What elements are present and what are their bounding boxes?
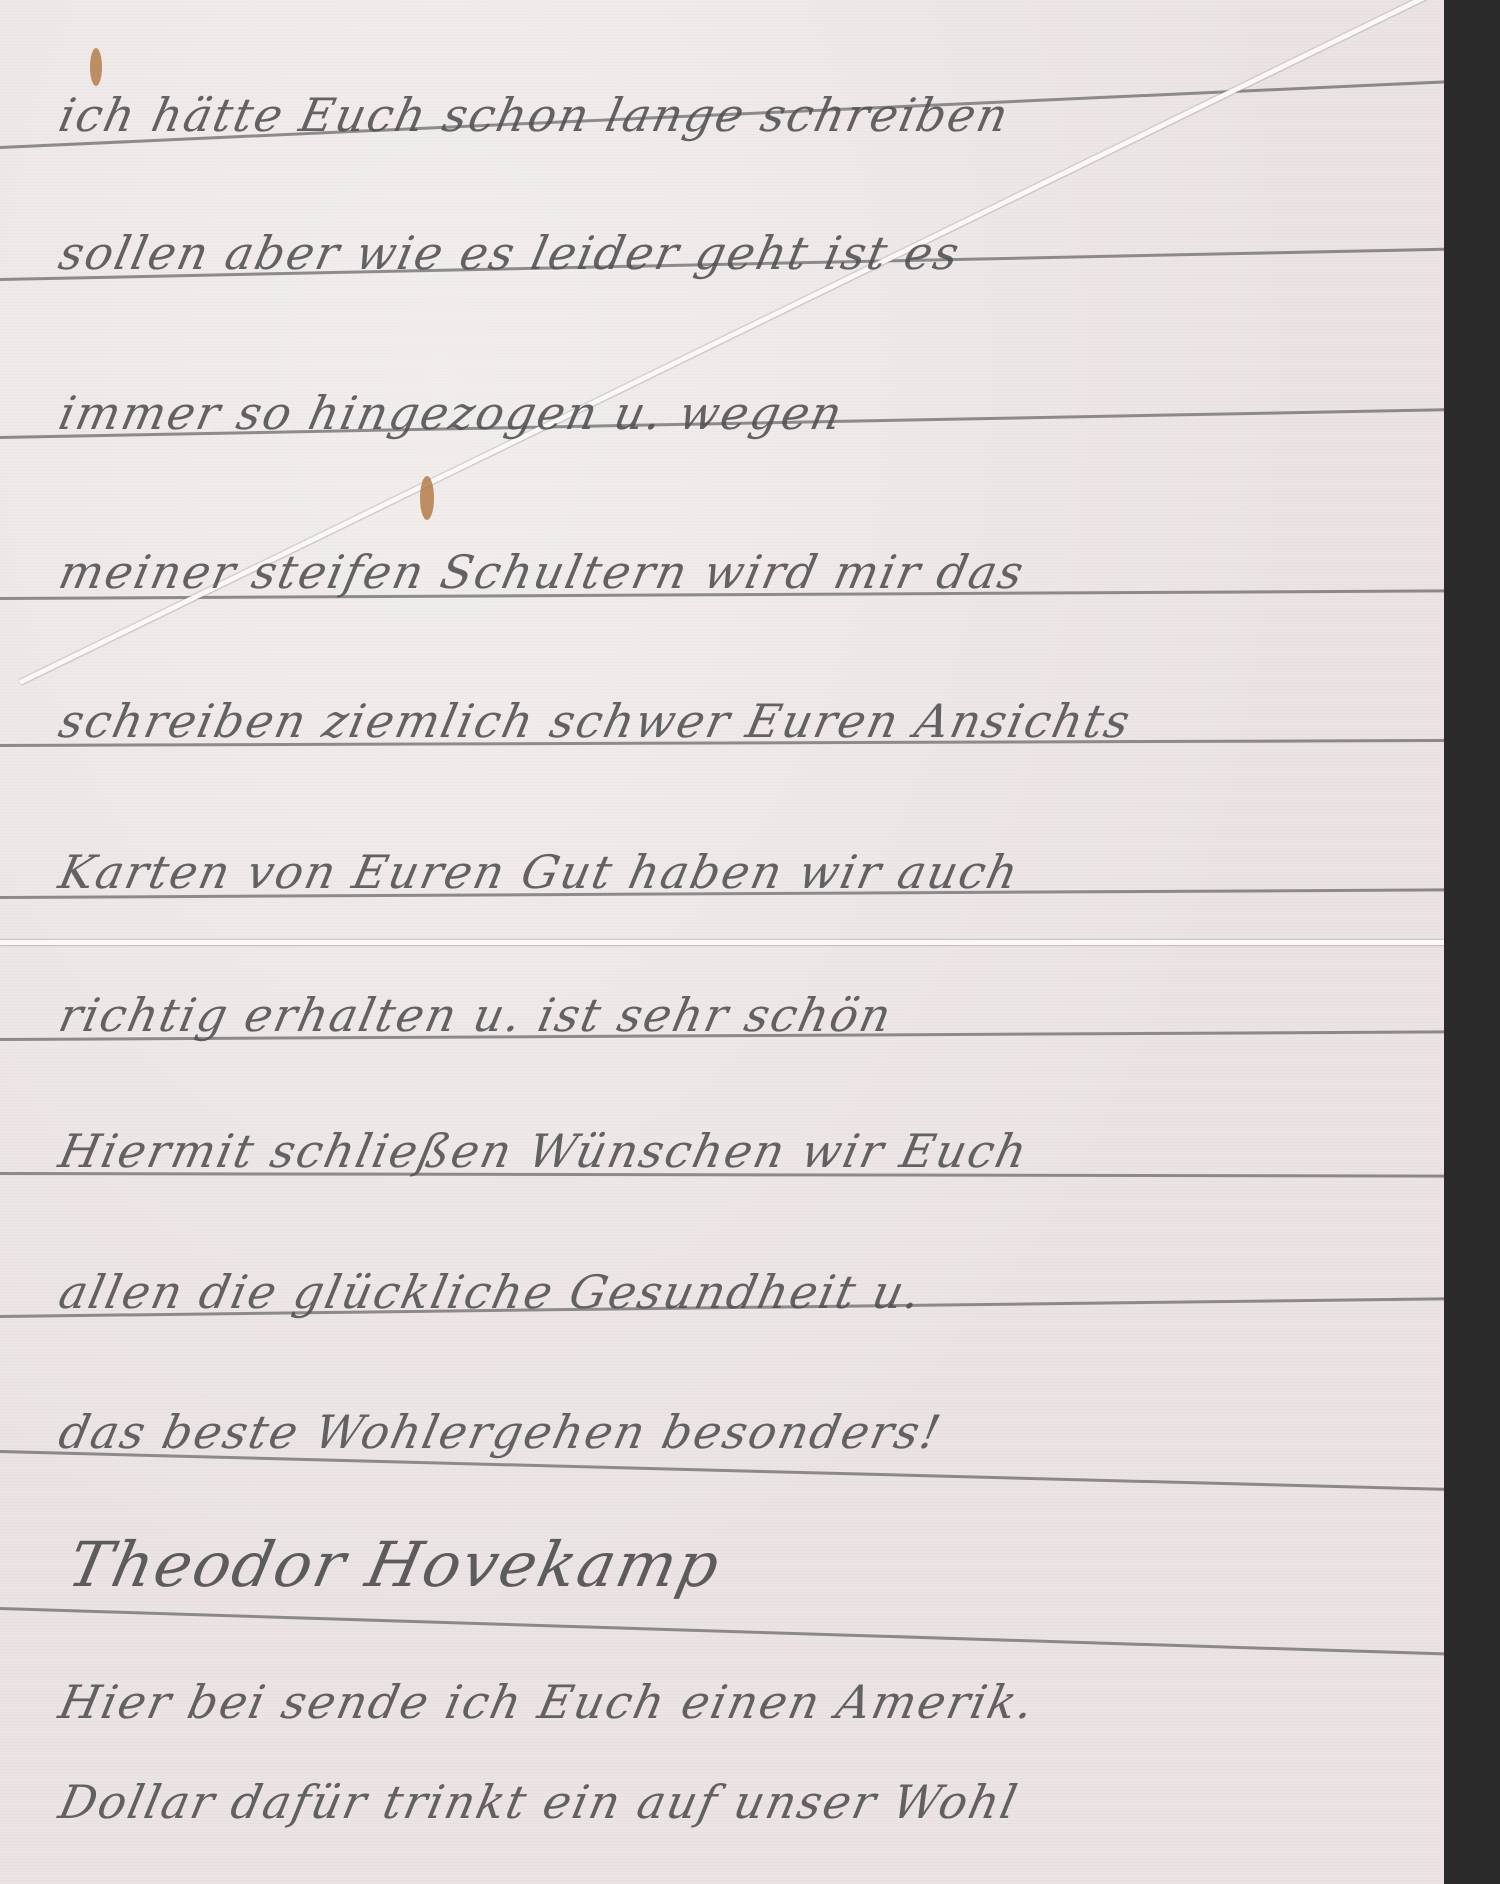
letter-line: immer so hingezogen u. wegen: [54, 386, 848, 440]
postscript-line: Dollar dafür trinkt ein auf unser Wohl: [54, 1775, 1023, 1829]
letter-line: richtig erhalten u. ist sehr schön: [54, 988, 897, 1042]
scan-background-edge: [1444, 0, 1472, 1884]
ruled-line: [0, 1607, 1471, 1656]
letter-line: Karten von Euren Gut haben wir auch: [54, 845, 1024, 899]
letter-line: das beste Wohlergehen besonders!: [54, 1405, 947, 1459]
letter-line: sollen aber wie es leider geht ist es: [54, 226, 965, 280]
rust-stain: [90, 48, 102, 86]
letter-line: meiner steifen Schultern wird mir das: [54, 545, 1030, 599]
letter-line: Hiermit schließen Wünschen wir Euch: [54, 1124, 1033, 1178]
letter-line: ich hätte Euch schon lange schreiben: [54, 88, 1014, 142]
letter-line: allen die glückliche Gesundheit u.: [54, 1265, 927, 1319]
rust-stain: [420, 476, 434, 520]
postscript-line: Hier bei sende ich Euch einen Amerik.: [54, 1675, 1040, 1729]
letter-page: ich hätte Euch schon lange schreiben sol…: [0, 0, 1472, 1884]
letter-line: schreiben ziemlich schwer Euren Ansichts: [54, 694, 1136, 748]
paper-crease-horizontal: [0, 940, 1472, 945]
signature: Theodor Hovekamp: [62, 1528, 727, 1601]
